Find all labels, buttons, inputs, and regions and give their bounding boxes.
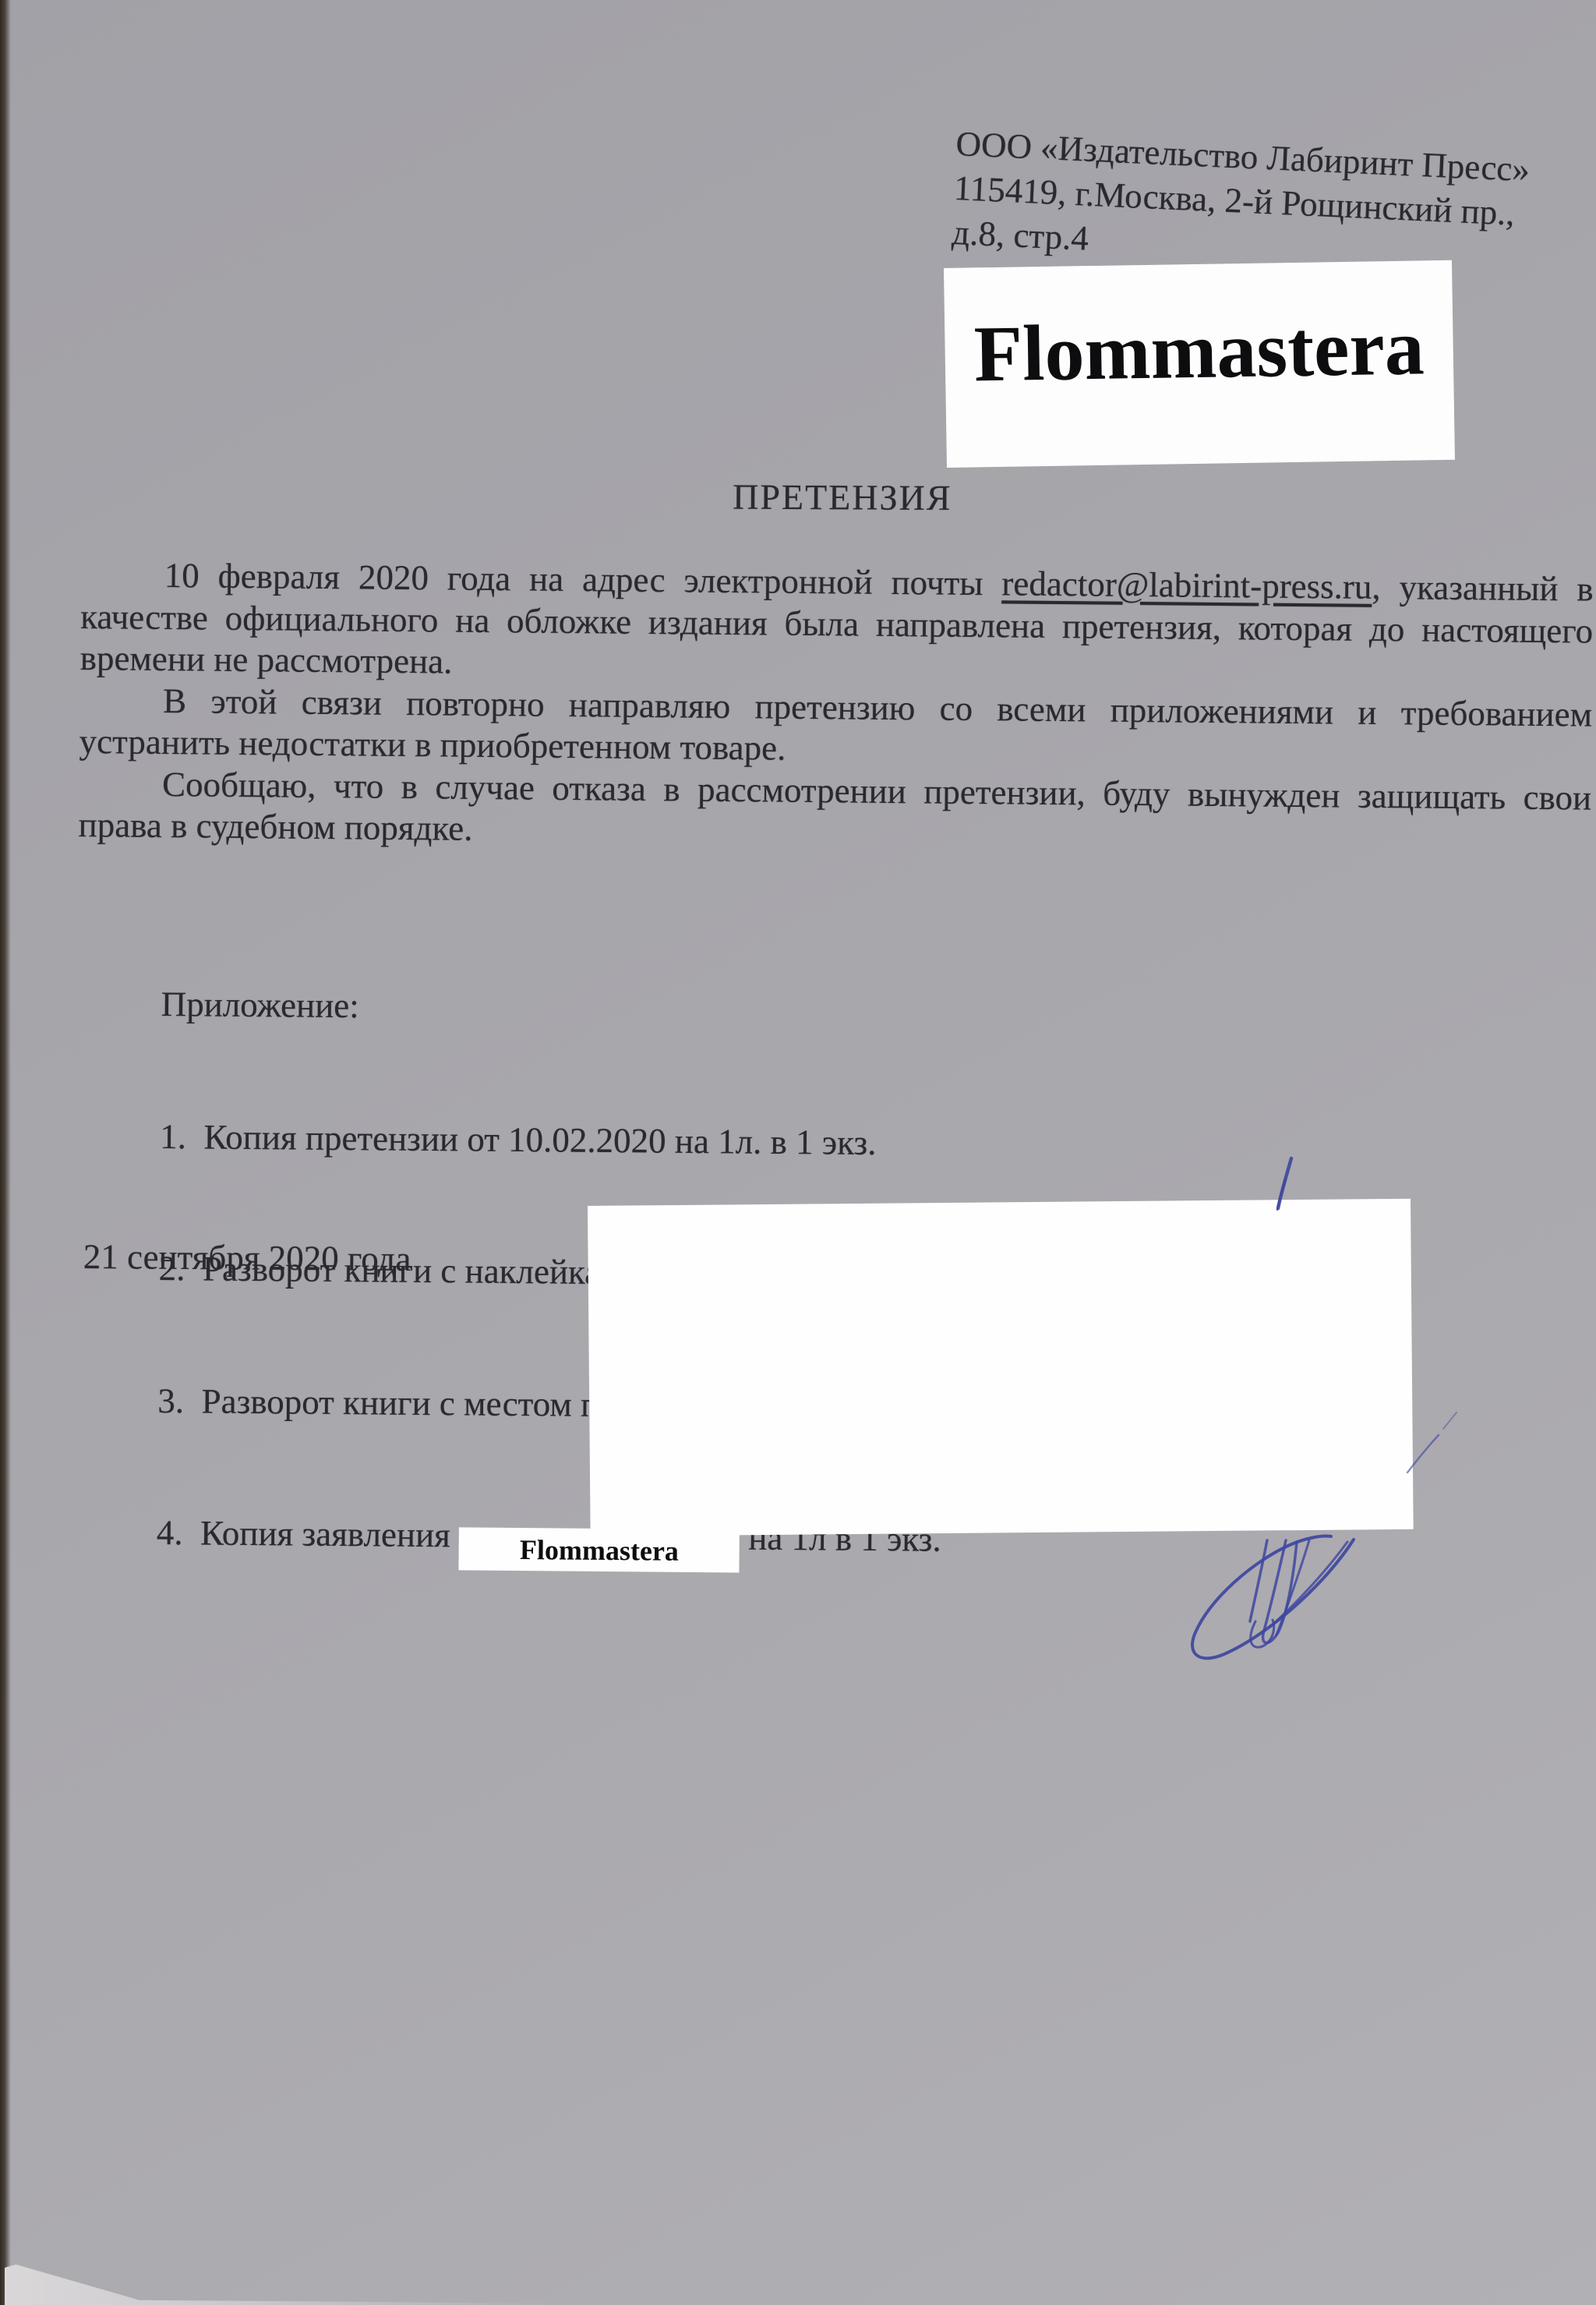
photo-left-edge — [0, 0, 11, 2305]
claim-letter-photo: ООО «Издательство Лабиринт Пресс» 115419… — [0, 0, 1596, 2305]
attachment-item-1: 1. Копия претензии от 10.02.2020 на 1л. … — [160, 1114, 1485, 1169]
redaction-box-top: Flommastera — [944, 260, 1455, 468]
attachments-header: Приложение: — [161, 982, 1486, 1038]
photo-corner-surface — [5, 2264, 566, 2305]
document-title: ПРЕТЕНЗИЯ — [44, 472, 1596, 522]
letter-body: 10 февраля 2020 года на адрес электронно… — [78, 554, 1594, 861]
letter-date: 21 сентября 2020 года — [83, 1236, 411, 1279]
recipient-address: ООО «Издательство Лабиринт Пресс» 115419… — [951, 122, 1548, 281]
paragraph-text: 10 февраля 2020 года на адрес электронно… — [164, 556, 1002, 603]
attachment-item-4-text: 4. Копия заявления — [157, 1513, 460, 1554]
paragraph-text: , указанный в — [1372, 567, 1594, 609]
redaction-label-top: Flommastera — [973, 302, 1425, 426]
signature-redaction-box — [588, 1199, 1414, 1536]
email-address: redactor@labirint-press.ru — [1001, 564, 1372, 606]
redaction-label-inline: Flommastera — [520, 1534, 679, 1567]
